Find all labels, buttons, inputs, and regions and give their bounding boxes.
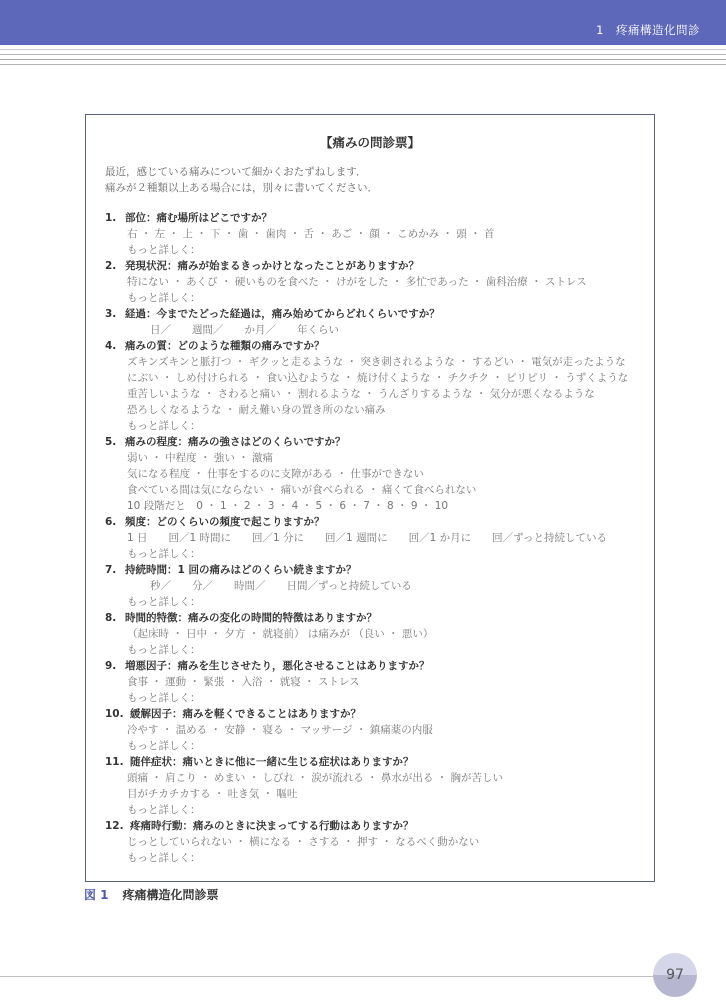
question-heading: 11.随伴症状：痛いときに他に一緒に生じる症状はありますか？: [105, 754, 650, 770]
chapter-header-band: 1疼痛構造化問診: [0, 0, 726, 45]
question-heading: 10.緩解因子：痛みを軽くできることはありますか？: [105, 706, 650, 722]
figure-caption-text: 疼痛構造化問診票: [123, 888, 219, 902]
header-divider-line: [0, 59, 726, 60]
chapter-title-text: 疼痛構造化問診: [616, 23, 700, 37]
question-options: 冷やす ・ 温める ・ 安静 ・ 寝る ・ マッサージ ・ 鎮痛薬の内服: [105, 722, 650, 738]
intro-line: 痛みが２種類以上ある場合には，別々に書いてください．: [105, 180, 378, 196]
pain-scale-options: 10 段階だと 0 ・ 1 ・ 2 ・ 3 ・ 4 ・ 5 ・ 6 ・ 7 ・ …: [105, 498, 650, 514]
more-detail-field: もっと詳しく：: [105, 802, 650, 818]
question-options: 頭痛 ・ 肩こり ・ めまい ・ しびれ ・ 涙が流れる ・ 鼻水が出る ・ 胸…: [105, 770, 650, 786]
question-item: 11.随伴症状：痛いときに他に一緒に生じる症状はありますか？ 頭痛 ・ 肩こり …: [105, 754, 650, 818]
more-detail-field: もっと詳しく：: [105, 418, 650, 434]
header-divider-line: [0, 54, 726, 55]
question-heading: 7.持続時間：1 回の痛みはどのくらい続きますか？: [105, 562, 650, 578]
question-item: 5.痛みの程度：痛みの強さはどのくらいですか？ 弱い ・ 中程度 ・ 強い ・ …: [105, 434, 650, 514]
more-detail-field: もっと詳しく：: [105, 738, 650, 754]
question-heading: 4.痛みの質：どのような種類の痛みですか？: [105, 338, 650, 354]
question-heading: 1.部位：痛む場所はどこですか？: [105, 210, 650, 226]
more-detail-field: もっと詳しく：: [105, 546, 650, 562]
header-divider-line: [0, 49, 726, 50]
question-options: （起床時 ・ 日中 ・ 夕方 ・ 就寝前） は痛みが （良い ・ 悪い）: [105, 626, 650, 642]
question-list: 1.部位：痛む場所はどこですか？ 右 ・ 左 ・ 上 ・ 下 ・ 歯 ・ 歯肉 …: [105, 210, 650, 866]
question-heading: 12.疼痛時行動：痛みのときに決まってする行動はありますか？: [105, 818, 650, 834]
question-item: 4.痛みの質：どのような種類の痛みですか？ ズキンズキンと脈打つ ・ ギクッと走…: [105, 338, 650, 434]
question-item: 2.発現状況：痛みが始まるきっかけとなったことがありますか？ 特にない ・ あく…: [105, 258, 650, 306]
chapter-number: 1: [596, 23, 604, 37]
question-options: ズキンズキンと脈打つ ・ ギクッと走るような ・ 突き刺されるような ・ するど…: [105, 354, 650, 370]
intro-line: 最近，感じている痛みについて細かくおたずねします．: [105, 164, 378, 180]
question-options: 秒／ 分／ 時間／ 日間／ずっと持続している: [105, 578, 650, 594]
more-detail-field: もっと詳しく：: [105, 690, 650, 706]
question-options: 日／ 週間／ か月／ 年くらい: [105, 322, 650, 338]
question-options: 食べている間は気にならない ・ 痛いが食べられる ・ 痛くて食べられない: [105, 482, 650, 498]
questionnaire-box: 【痛みの問診票】 最近，感じている痛みについて細かくおたずねします． 痛みが２種…: [85, 114, 655, 882]
question-options: 特にない ・ あくび ・ 硬いものを食べた ・ けがをした ・ 多忙であった ・…: [105, 274, 650, 290]
figure-label: 図 1: [84, 888, 109, 902]
page-number-badge: 97: [653, 953, 697, 997]
more-detail-field: もっと詳しく：: [105, 242, 650, 258]
question-options: 気になる程度 ・ 仕事をするのに支障がある ・ 仕事ができない: [105, 466, 650, 482]
more-detail-field: もっと詳しく：: [105, 290, 650, 306]
question-heading: 6.頻度：どのくらいの頻度で起こりますか？: [105, 514, 650, 530]
question-item: 3.経過：今までたどった経過は，痛み始めてからどれくらいですか？ 日／ 週間／ …: [105, 306, 650, 338]
question-options: 右 ・ 左 ・ 上 ・ 下 ・ 歯 ・ 歯肉 ・ 舌 ・ あご ・ 顔 ・ こめ…: [105, 226, 650, 242]
question-heading: 2.発現状況：痛みが始まるきっかけとなったことがありますか？: [105, 258, 650, 274]
question-options: 食事 ・ 運動 ・ 緊張 ・ 入浴 ・ 就寝 ・ ストレス: [105, 674, 650, 690]
question-item: 7.持続時間：1 回の痛みはどのくらい続きますか？ 秒／ 分／ 時間／ 日間／ず…: [105, 562, 650, 610]
footer-divider-line: [0, 976, 660, 977]
figure-caption: 図 1疼痛構造化問診票: [84, 886, 219, 903]
question-options: 重苦しいような ・ さわると痛い ・ 割れるような ・ うんざりするような ・ …: [105, 386, 650, 402]
more-detail-field: もっと詳しく：: [105, 850, 650, 866]
questionnaire-title: 【痛みの問診票】: [86, 133, 654, 151]
header-divider-line: [0, 64, 726, 65]
question-heading: 3.経過：今までたどった経過は，痛み始めてからどれくらいですか？: [105, 306, 650, 322]
more-detail-field: もっと詳しく：: [105, 594, 650, 610]
question-item: 1.部位：痛む場所はどこですか？ 右 ・ 左 ・ 上 ・ 下 ・ 歯 ・ 歯肉 …: [105, 210, 650, 258]
question-heading: 9.増悪因子：痛みを生じさせたり，悪化させることはありますか？: [105, 658, 650, 674]
question-options: 1 日 回／1 時間に 回／1 分に 回／1 週間に 回／1 か月に 回／ずっと…: [105, 530, 650, 546]
question-options: 恐ろしくなるような ・ 耐え難い身の置き所のない痛み: [105, 402, 650, 418]
question-options: 弱い ・ 中程度 ・ 強い ・ 激痛: [105, 450, 650, 466]
question-heading: 5.痛みの程度：痛みの強さはどのくらいですか？: [105, 434, 650, 450]
question-item: 6.頻度：どのくらいの頻度で起こりますか？ 1 日 回／1 時間に 回／1 分に…: [105, 514, 650, 562]
question-options: 目がチカチカする ・ 吐き気 ・ 嘔吐: [105, 786, 650, 802]
questionnaire-intro: 最近，感じている痛みについて細かくおたずねします． 痛みが２種類以上ある場合には…: [105, 164, 378, 196]
question-item: 10.緩解因子：痛みを軽くできることはありますか？ 冷やす ・ 温める ・ 安静…: [105, 706, 650, 754]
question-options: じっとしていられない ・ 横になる ・ さする ・ 押す ・ なるべく動かない: [105, 834, 650, 850]
more-detail-field: もっと詳しく：: [105, 642, 650, 658]
chapter-title: 1疼痛構造化問診: [596, 22, 700, 38]
question-heading: 8.時間的特徴：痛みの変化の時間的特徴はありますか？: [105, 610, 650, 626]
question-item: 8.時間的特徴：痛みの変化の時間的特徴はありますか？ （起床時 ・ 日中 ・ 夕…: [105, 610, 650, 658]
question-item: 12.疼痛時行動：痛みのときに決まってする行動はありますか？ じっとしていられな…: [105, 818, 650, 866]
question-options: にぶい ・ しめ付けられる ・ 食い込むような ・ 焼け付くような ・ チクチク…: [105, 370, 650, 386]
question-item: 9.増悪因子：痛みを生じさせたり，悪化させることはありますか？ 食事 ・ 運動 …: [105, 658, 650, 706]
